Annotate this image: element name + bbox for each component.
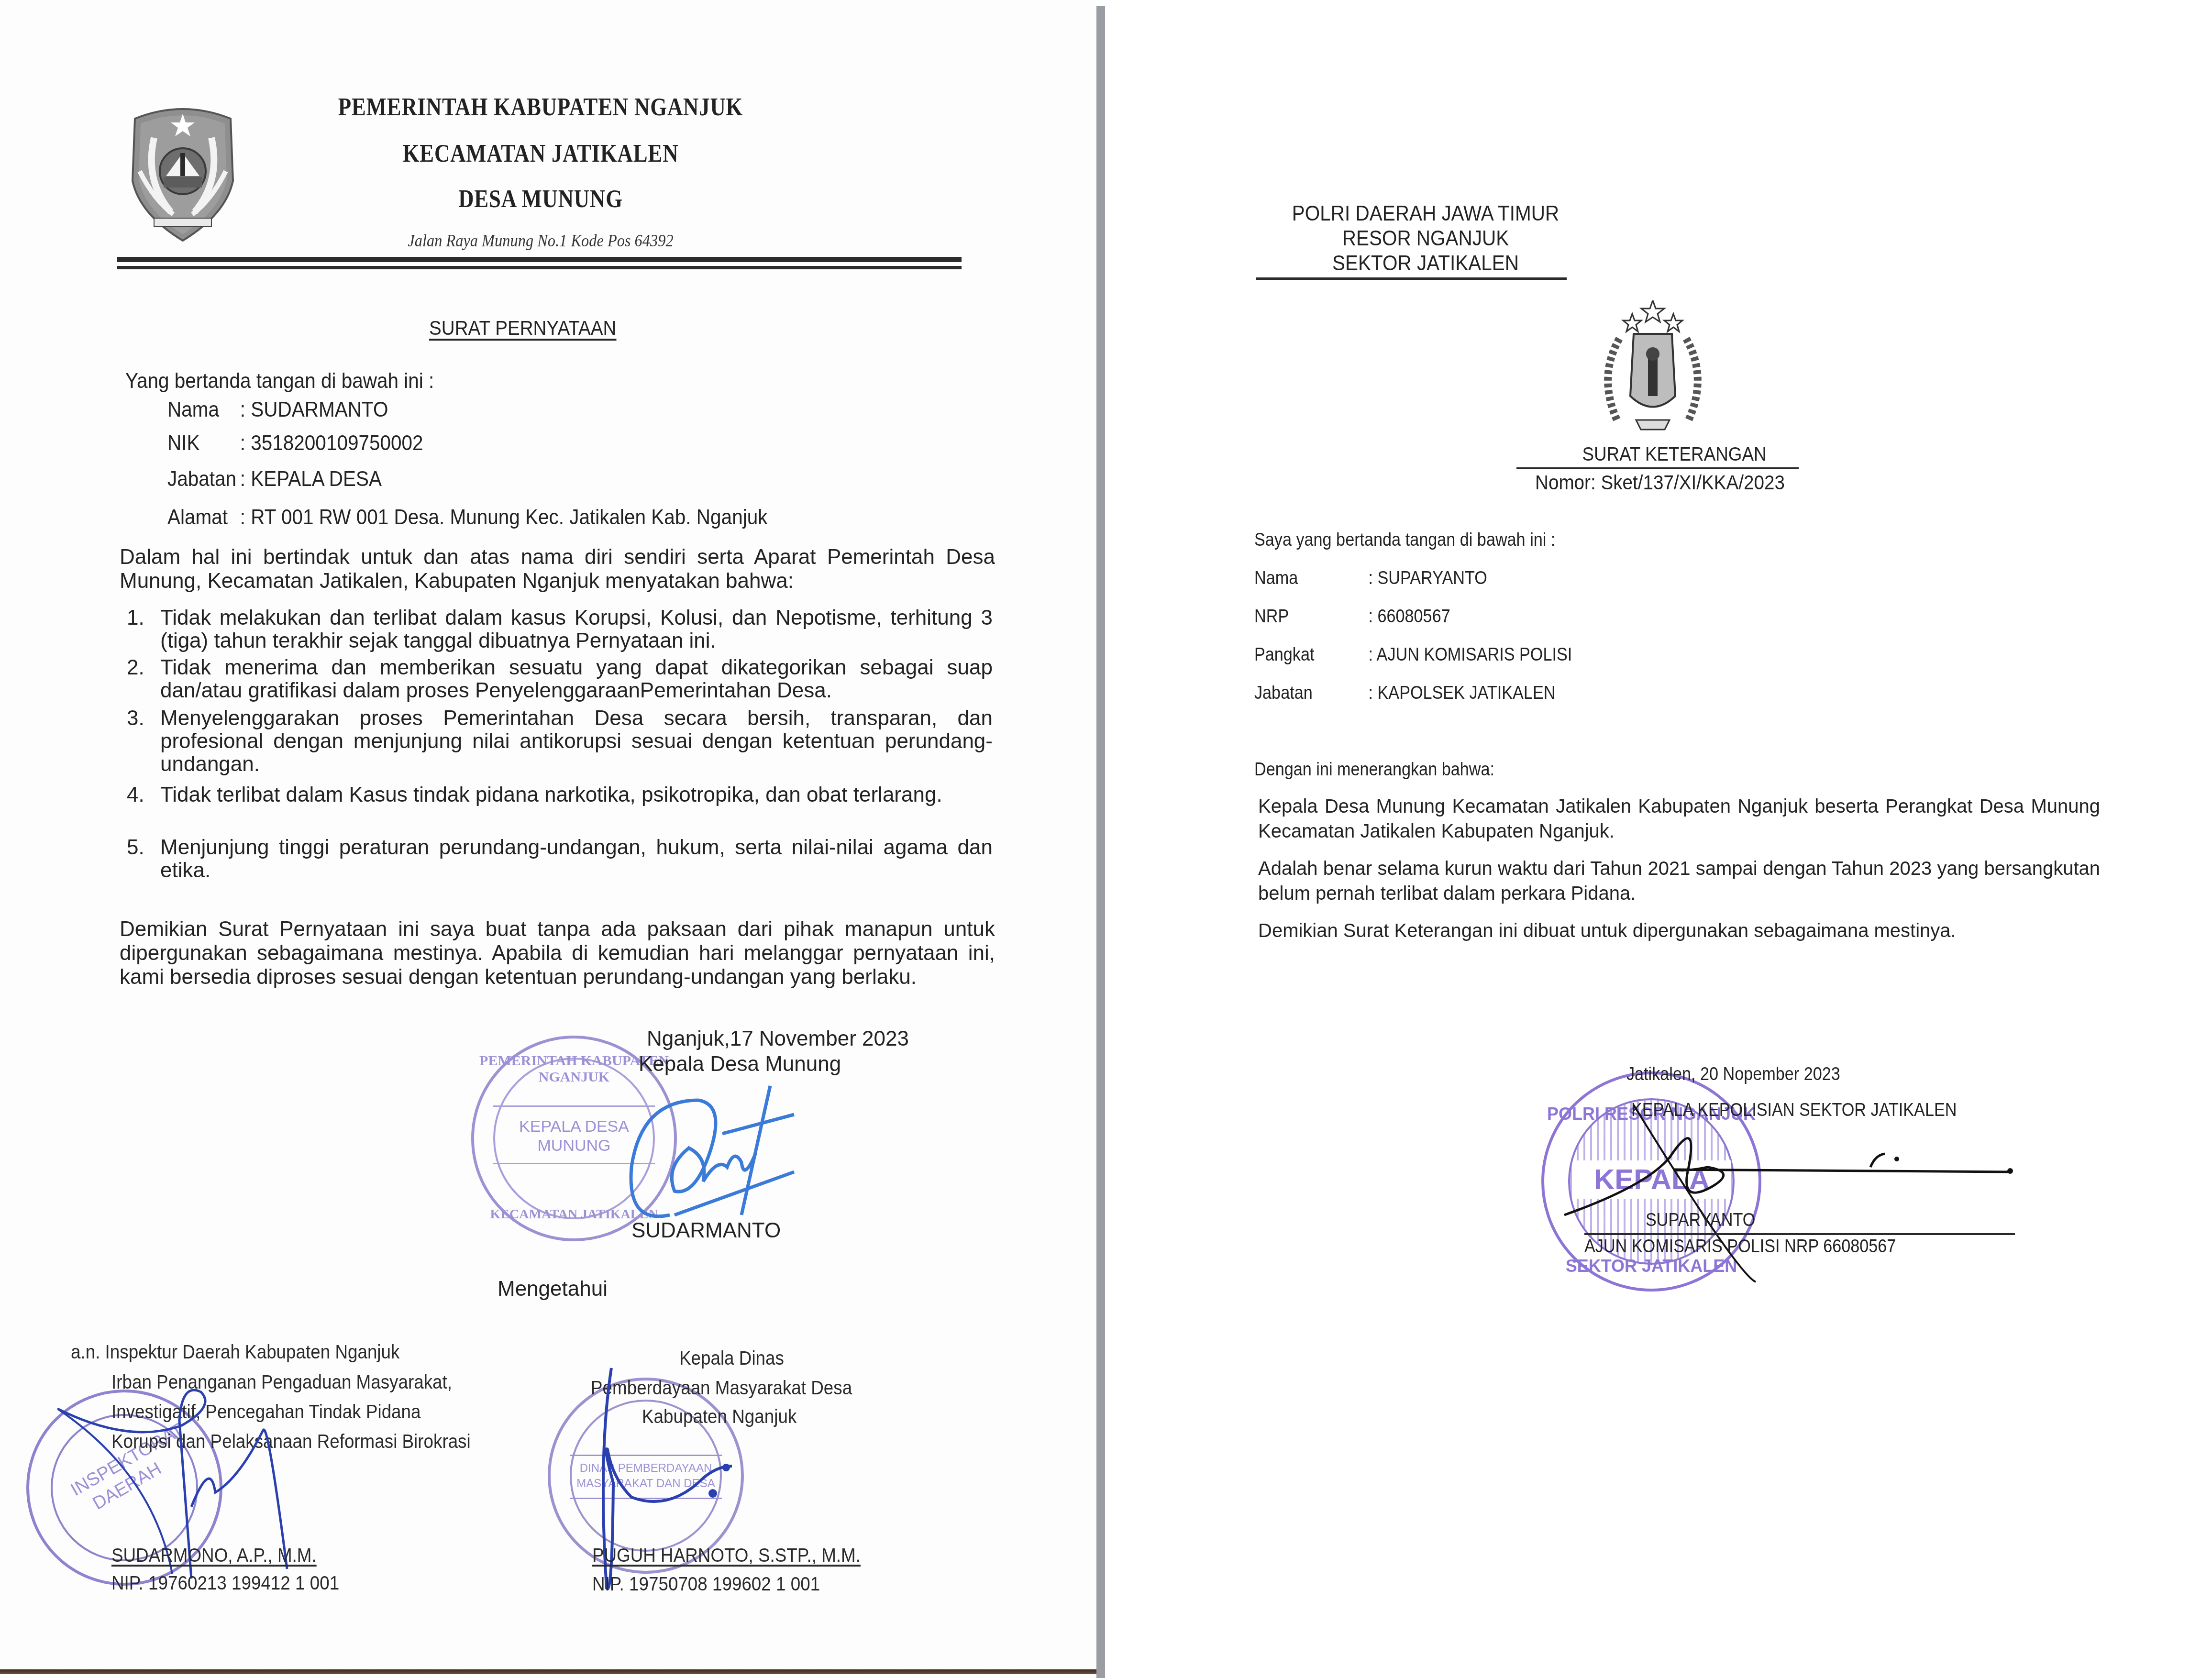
field-label: Alamat <box>167 507 240 528</box>
field-label: Nama <box>167 399 240 420</box>
letterhead-line-3: DESA MUNUNG <box>253 185 829 213</box>
statement-item: 1. Tidak melakukan dan terlibat dalam ka… <box>160 607 993 652</box>
polri-emblem-icon <box>1593 300 1713 437</box>
field-nrp: NRP: 66080567 <box>1254 607 1450 627</box>
document-title: SURAT PERNYATAAN <box>429 317 616 340</box>
polri-header-line-1: POLRI DAERAH JAWA TIMUR <box>1276 202 1575 226</box>
signature-name: SUDARMANTO <box>631 1219 781 1243</box>
field-jabatan: Jabatan: KEPALA DESA <box>167 469 382 490</box>
acknowledger-1-nip: NIP. 19760213 199412 1 001 <box>111 1573 339 1594</box>
signature-name-rule <box>1584 1233 2015 1235</box>
kapolsek-signature-icon <box>1555 1100 2033 1292</box>
field-alamat: Alamat: RT 001 RW 001 Desa. Munung Kec. … <box>167 507 767 528</box>
acknowledger-1-name: SUDARMONO, A.P., M.M. <box>111 1545 317 1567</box>
statement-intro: Dalam hal ini bertindak untuk dan atas n… <box>120 545 995 593</box>
item-number: 2. <box>127 656 144 679</box>
statement-item: 4. Tidak terlibat dalam Kasus tindak pid… <box>160 784 993 806</box>
letterhead-address: Jalan Raya Munung No.1 Kode Pos 64392 <box>239 231 842 251</box>
keterangan-paragraph: Demikian Surat Keterangan ini dibuat unt… <box>1258 918 2100 943</box>
item-number: 1. <box>127 607 144 629</box>
signature-place-date: Jatikalen, 20 Nopember 2023 <box>1626 1064 1840 1085</box>
polri-header-line-3: SEKTOR JATIKALEN <box>1276 252 1575 276</box>
field-value: : 3518200109750002 <box>240 431 423 455</box>
field-label: Nama <box>1254 568 1369 589</box>
keterangan-statement-intro: Dengan ini menerangkan bahwa: <box>1254 760 1494 780</box>
field-value: : AJUN KOMISARIS POLISI <box>1369 645 1572 665</box>
field-label: Pangkat <box>1254 645 1369 665</box>
polri-header-rule <box>1256 277 1567 280</box>
item-text: Tidak terlibat dalam Kasus tindak pidana… <box>160 784 993 806</box>
item-text: Menyelenggarakan proses Pemerintahan Des… <box>160 707 993 776</box>
kabupaten-emblem-icon <box>125 99 240 243</box>
field-value: : 66080567 <box>1369 607 1450 627</box>
kepala-desa-signature-icon <box>612 1071 861 1244</box>
keterangan-intro: Saya yang bertanda tangan di bawah ini : <box>1254 530 1555 551</box>
polri-header-line-2: RESOR NGANJUK <box>1276 227 1575 251</box>
page-divider <box>1096 6 1105 1678</box>
field-label: NRP <box>1254 607 1369 627</box>
field-nama: Nama: SUDARMANTO <box>167 399 388 420</box>
letterhead-rule-thick <box>117 257 962 262</box>
keterangan-title-rule <box>1516 467 1799 469</box>
signature-name: SUPARYANTO <box>1646 1210 1755 1231</box>
field-value: : KEPALA DESA <box>240 467 382 491</box>
field-value: : SUPARYANTO <box>1369 568 1487 588</box>
surat-pernyataan-page: PEMERINTAH KABUPATEN NGANJUK KECAMATAN J… <box>0 0 1096 1678</box>
signature-place-date: Nganjuk,17 November 2023 <box>647 1027 909 1051</box>
item-text: Tidak melakukan dan terlibat dalam kasus… <box>160 607 993 652</box>
item-text: Tidak menerima dan memberikan sesuatu ya… <box>160 656 993 702</box>
field-label: Jabatan <box>1254 683 1369 704</box>
statement-item: 3. Menyelenggarakan proses Pemerintahan … <box>160 707 993 776</box>
acknowledger-1-line-1: a.n. Inspektur Daerah Kabupaten Nganjuk <box>71 1342 399 1363</box>
closing-paragraph: Demikian Surat Pernyataan ini saya buat … <box>120 917 995 989</box>
field-pangkat: Pangkat: AJUN KOMISARIS POLISI <box>1254 645 1572 665</box>
acknowledger-2-name: PUGUH HARNOTO, S.STP., M.M. <box>592 1545 861 1567</box>
field-jabatan: Jabatan: KAPOLSEK JATIKALEN <box>1254 683 1555 704</box>
keterangan-title: SURAT KETERANGAN <box>1582 444 1767 465</box>
page-bottom-edge <box>0 1669 1096 1674</box>
intro-text: Yang bertanda tangan di bawah ini : <box>125 371 434 392</box>
statement-item: 5. Menjunjung tinggi peraturan perundang… <box>160 836 993 882</box>
item-number: 4. <box>127 784 144 806</box>
field-label: NIK <box>167 433 240 454</box>
field-nama: Nama: SUPARYANTO <box>1254 568 1487 589</box>
keterangan-paragraph: Kepala Desa Munung Kecamatan Jatikalen K… <box>1258 794 2100 844</box>
statement-item: 2. Tidak menerima dan memberikan sesuatu… <box>160 656 993 702</box>
keterangan-number: Nomor: Sket/137/XI/KKA/2023 <box>1532 471 1788 494</box>
item-number: 5. <box>127 836 144 859</box>
letterhead-line-2: KECAMATAN JATIKALEN <box>253 140 829 168</box>
field-value: : SUDARMANTO <box>240 398 388 421</box>
keterangan-paragraph: Adalah benar selama kurun waktu dari Tah… <box>1258 856 2100 906</box>
dinas-pmd-signature-icon <box>574 1358 775 1607</box>
letterhead-rule-thin <box>117 266 962 269</box>
letterhead-line-1: PEMERINTAH KABUPATEN NGANJUK <box>253 93 829 121</box>
field-value: : RT 001 RW 001 Desa. Munung Kec. Jatika… <box>240 506 768 529</box>
item-text: Menjunjung tinggi peraturan perundang-un… <box>160 836 993 882</box>
signature-rank-nrp: AJUN KOMISARIS POLISI NRP 66080567 <box>1584 1236 1896 1257</box>
field-label: Jabatan <box>167 469 240 490</box>
acknowledger-2-nip: NIP. 19750708 199602 1 001 <box>592 1574 820 1595</box>
item-number: 3. <box>127 707 144 730</box>
field-nik: NIK: 3518200109750002 <box>167 433 423 454</box>
acknowledged-label: Mengetahui <box>498 1277 608 1301</box>
field-value: : KAPOLSEK JATIKALEN <box>1369 683 1556 703</box>
